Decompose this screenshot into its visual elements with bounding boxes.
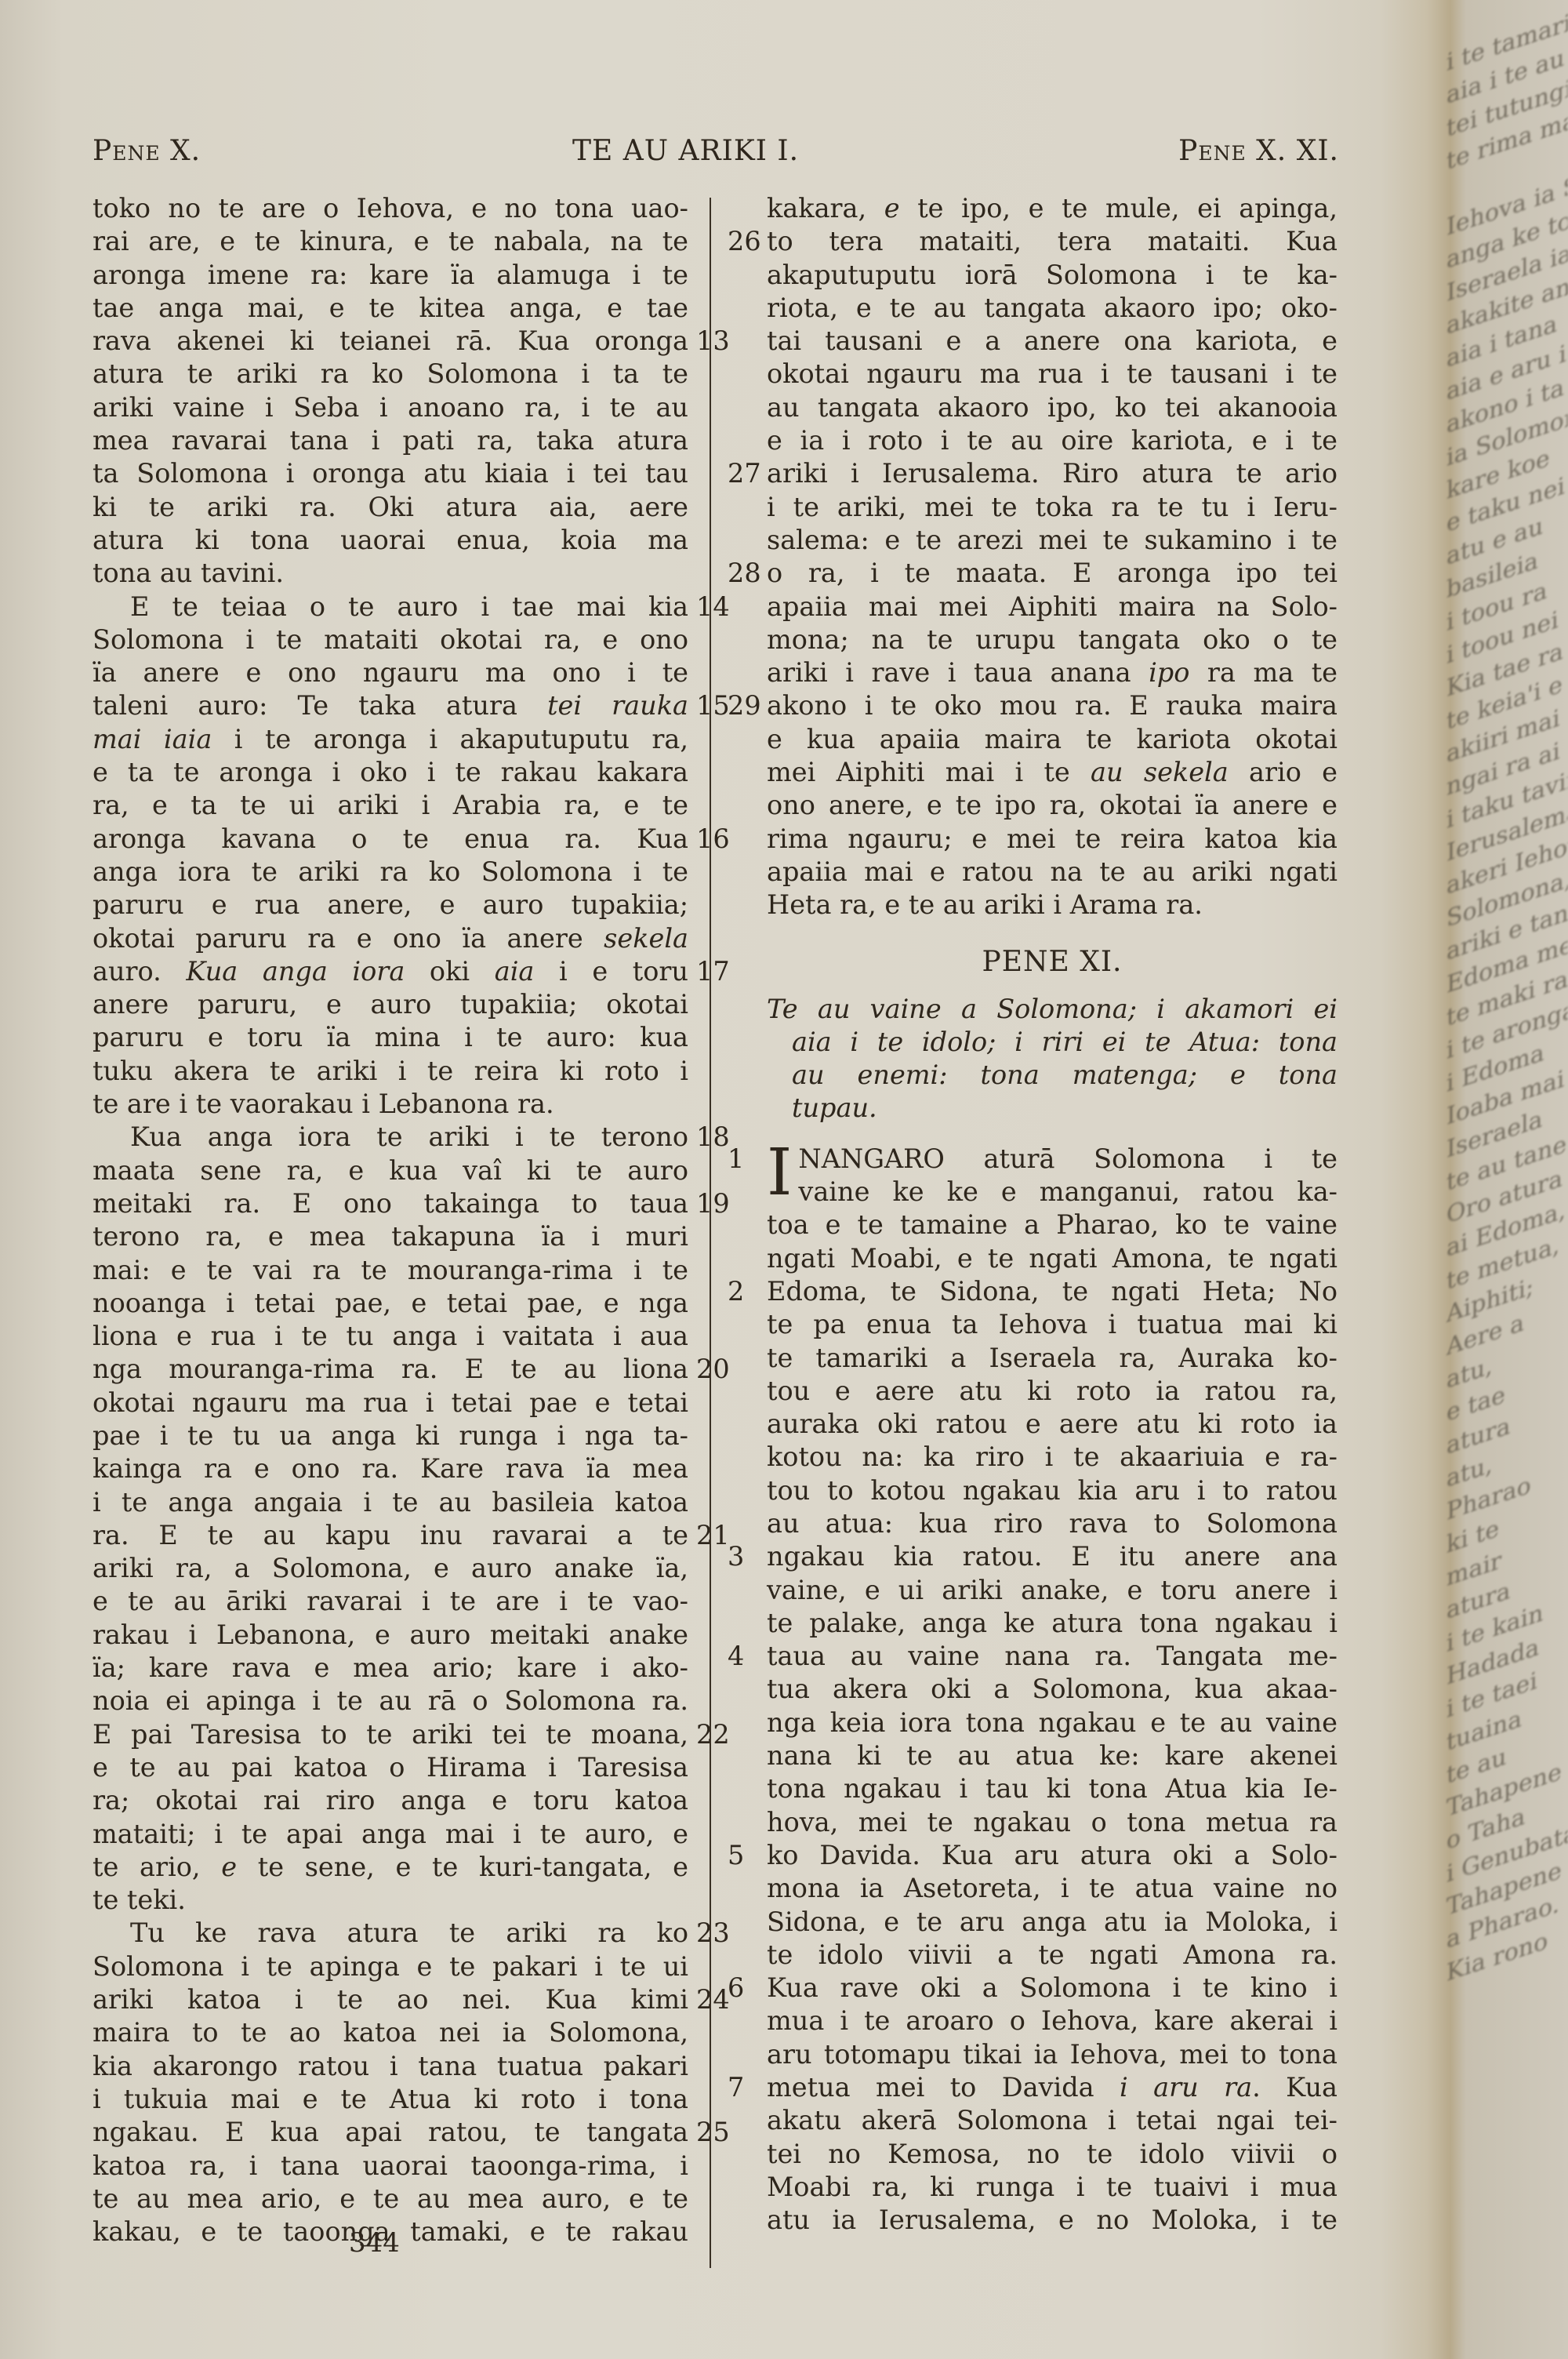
- text-line: okotai paruru ra e ono ïa anere sekela: [93, 922, 688, 955]
- text-line: ngati Moabi, e te ngati Amona, te ngati: [767, 1242, 1338, 1275]
- text-line: atu ia Ierusalema, e no Moloka, i te: [767, 2204, 1338, 2237]
- text-line: ïa anere e ono ngauru ma ono i te: [93, 656, 688, 689]
- text-line: kainga ra e ono ra. Kare rava ïa mea: [93, 1452, 688, 1485]
- chapter-opening: 1 I NANGARO aturā Solomona i te vaine ke…: [767, 1143, 1338, 1209]
- text-line: ngakau. E kua apai ratou, te tangata25: [93, 2116, 688, 2149]
- text-line: tupau.: [767, 1092, 1338, 1125]
- text-line: atura ki tona uaorai enua, koia ma: [93, 524, 688, 557]
- verse-number: 17: [696, 955, 730, 988]
- page-number: 344: [349, 2227, 400, 2259]
- text-line: ariki ra, a Solomona, e auro anake ïa,: [93, 1552, 688, 1585]
- verse-number: 3: [728, 1540, 744, 1573]
- text-line: kotou na: ka riro i te akaariuia e ra-: [767, 1441, 1338, 1474]
- text-line: ïa; kare rava e mea ario; kare i ako-: [93, 1652, 688, 1685]
- text-line: hova, mei te ngakau o tona metua ra: [767, 1806, 1338, 1839]
- text-line: nga keia iora tona ngakau e te au vaine: [767, 1707, 1338, 1739]
- verse-number: 13: [696, 325, 730, 358]
- text-line: metua mei to Davida i aru ra. Kua7: [767, 2071, 1338, 2104]
- text-line: ko Davida. Kua aru atura oki a Solo-5: [767, 1839, 1338, 1872]
- chapter-summary: Te au vaine a Solomona; i akamori eiaia …: [767, 993, 1338, 1125]
- text-line: nga mouranga-rima ra. E te au liona20: [93, 1353, 688, 1386]
- text-line: Solomona i te mataiti okotai ra, e ono: [93, 623, 688, 656]
- text-line: Sidona, e te aru anga atu ia Moloka, i: [767, 1906, 1338, 1939]
- text-line: e te au āriki ravarai i te are i te vao-: [93, 1585, 688, 1618]
- text-line: te pa enua ta Iehova i tuatua mai ki: [767, 1308, 1338, 1341]
- text-line: mua i te aroaro o Iehova, kare akerai i: [767, 2005, 1338, 2037]
- text-line: akono i te oko mou ra. E rauka maira29: [767, 689, 1338, 722]
- text-line: mea ravarai tana i pati ra, taka atura: [93, 424, 688, 457]
- text-line: te ario, e te sene, e te kuri-tangata, e: [93, 1851, 688, 1884]
- text-line: paruru e rua anere, e auro tupakiia;: [93, 889, 688, 921]
- text-line: ariki i rave i taua anana ipo ra ma te: [767, 656, 1338, 689]
- text-line: noia ei apinga i te au rā o Solomona ra.: [93, 1685, 688, 1717]
- facing-page-edge: i te tamariki a Anaia i te autei tutungi…: [1446, 8, 1568, 2359]
- header-chapter-right: Pene X. XI.: [1178, 135, 1339, 167]
- header-book-title: TE AU ARIKI I.: [572, 135, 799, 167]
- verse-number: 20: [696, 1353, 730, 1386]
- header-chapter-left: Pene X.: [93, 135, 201, 167]
- text-line: terono ra, e mea takapuna ïa i muri: [93, 1220, 688, 1253]
- text-line: te teki.: [93, 1884, 688, 1917]
- running-header: Pene X. TE AU ARIKI I. Pene X. XI.: [93, 135, 1339, 174]
- text-line: tae anga mai, e te kitea anga, e tae: [93, 292, 688, 325]
- verse-number: 29: [728, 689, 761, 722]
- text-line: tona au tavini.: [93, 557, 688, 590]
- text-line: kia akarongo ratou i tana tuatua pakari: [93, 2050, 688, 2083]
- verse-number: 14: [696, 591, 730, 623]
- text-line: rai are, e te kinura, e te nabala, na te: [93, 225, 688, 258]
- text-line: ariki katoa i te ao nei. Kua kimi24: [93, 1983, 688, 2016]
- text-line: te idolo viivii a te ngati Amona ra.: [767, 1939, 1338, 1972]
- text-line: taleni auro: Te taka atura tei rauka15: [93, 689, 688, 722]
- text-line: rima ngauru; e mei te reira katoa kia: [767, 823, 1338, 856]
- text-line: ki te ariki ra. Oki atura aia, aere: [93, 491, 688, 524]
- verse-number: 15: [696, 689, 730, 722]
- text-line: toa e te tamaine a Pharao, ko te vaine: [767, 1209, 1338, 1241]
- verse-number: 21: [696, 1519, 730, 1552]
- right-text-column: kakara, e te ipo, e te mule, ei apinga,t…: [767, 192, 1338, 2237]
- text-line: akatu akerā Solomona i tetai ngai tei-: [767, 2104, 1338, 2137]
- text-line: ra, e ta te ui ariki i Arabia ra, e te: [93, 789, 688, 822]
- column-divider: [710, 198, 711, 2268]
- text-line: liona e rua i te tu anga i vaitata i aua: [93, 1320, 688, 1353]
- text-line: Heta ra, e te au ariki i Arama ra.: [767, 889, 1338, 921]
- text-line: paruru e toru ïa mina i te auro: kua: [93, 1021, 688, 1054]
- text-line: E te teiaa o te auro i tae mai kia14: [93, 591, 688, 623]
- verse-number: 28: [728, 557, 761, 590]
- verse-number: 25: [696, 2116, 730, 2149]
- chapter-x-continuation: kakara, e te ipo, e te mule, ei apinga,t…: [767, 192, 1338, 922]
- text-line: salema: e te arezi mei te sukamino i te: [767, 524, 1338, 557]
- text-line: okotai ngauru ma rua i te tausani i te: [767, 358, 1338, 391]
- text-line: apaiia mai e ratou na te au ariki ngati: [767, 856, 1338, 889]
- text-line: maira to te ao katoa nei ia Solomona,: [93, 2016, 688, 2049]
- text-line: katoa ra, i tana uaorai taoonga-rima, i: [93, 2150, 688, 2183]
- text-line: anga iora te ariki ra ko Solomona i te: [93, 856, 688, 889]
- text-line: tona ngakau i tau ki tona Atua kia Ie-: [767, 1772, 1338, 1805]
- text-line: nana ki te au atua ke: kare akenei: [767, 1739, 1338, 1772]
- text-line: Edoma, te Sidona, te ngati Heta; No2: [767, 1275, 1338, 1308]
- text-line: auro. Kua anga iora oki aia i e toru17: [93, 955, 688, 988]
- text-line: tei no Kemosa, no te idolo viivii o: [767, 2138, 1338, 2171]
- text-line: Kua anga iora te ariki i te terono18: [93, 1121, 688, 1154]
- verse-number: 2: [728, 1275, 744, 1308]
- text-line: ra; okotai rai riro anga e toru katoa: [93, 1784, 688, 1817]
- text-line: ra. E te au kapu inu ravarai a te21: [93, 1519, 688, 1552]
- text-line: auraka oki ratou e aere atu ki roto ia: [767, 1408, 1338, 1441]
- text-line: ariki i Ierusalema. Riro atura te ario27: [767, 457, 1338, 490]
- text-line: okotai ngauru ma rua i tetai pae e tetai: [93, 1387, 688, 1419]
- text-line: i te ariki, mei te toka ra te tu i Ieru-: [767, 491, 1338, 524]
- verse-number: 6: [728, 1972, 744, 2005]
- text-line: aia i te idolo; i riri ei te Atua: tona: [767, 1026, 1338, 1059]
- text-line: pae i te tu ua anga ki runga i nga ta-: [93, 1419, 688, 1452]
- text-line: Te au vaine a Solomona; i akamori ei: [767, 993, 1338, 1026]
- text-line: i tukuia mai e te Atua ki roto i tona: [93, 2083, 688, 2116]
- left-text-column: toko no te are o Iehova, e no tona uao-r…: [93, 192, 688, 2248]
- text-line: Moabi ra, ki runga i te tuaivi i mua: [767, 2171, 1338, 2204]
- text-line: tai tausani e a anere ona kariota, e: [767, 325, 1338, 358]
- text-line: e ta te aronga i oko i te rakau kakara: [93, 756, 688, 789]
- text-line: mona; na te urupu tangata oko o te: [767, 623, 1338, 656]
- text-line: ono anere, e te ipo ra, okotai ïa anere …: [767, 789, 1338, 822]
- verse-number: 19: [696, 1187, 730, 1220]
- text-line: vaine ke ke e manganui, ratou ka-: [767, 1176, 1338, 1209]
- text-line: e ia i roto i te au oire kariota, e i te: [767, 424, 1338, 457]
- text-line: tou to kotou ngakau kia aru i to ratou: [767, 1474, 1338, 1507]
- text-line: taua au vaine nana ra. Tangata me-4: [767, 1640, 1338, 1673]
- text-line: riota, e te au tangata akaoro ipo; oko-: [767, 292, 1338, 325]
- verse-number: 18: [696, 1121, 730, 1154]
- text-line: mei Aiphiti mai i te au sekela ario e: [767, 756, 1338, 789]
- text-line: aronga imene ra: kare ïa alamuga i te: [93, 259, 688, 292]
- text-line: ta Solomona i oronga atu kiaia i tei tau: [93, 457, 688, 490]
- verse-number: 24: [696, 1983, 730, 2016]
- text-line: mataiti; i te apai anga mai i te auro, e: [93, 1818, 688, 1851]
- text-line: maata sene ra, e kua vaî ki te auro: [93, 1154, 688, 1187]
- text-line: tua akera oki a Solomona, kua akaa-: [767, 1673, 1338, 1706]
- text-line: aru totomapu tikai ia Iehova, mei to ton…: [767, 2038, 1338, 2071]
- text-line: Tu ke rava atura te ariki ra ko23: [93, 1917, 688, 1950]
- text-line: akaputuputu iorā Solomona i te ka-: [767, 259, 1338, 292]
- text-line: te au mea ario, e te au mea auro, e te: [93, 2183, 688, 2215]
- text-line: e te au pai katoa o Hirama i Taresisa: [93, 1751, 688, 1784]
- text-line: rakau i Lebanona, e auro meitaki anake: [93, 1619, 688, 1652]
- text-line: mai: e te vai ra te mouranga-rima i te: [93, 1254, 688, 1287]
- verse-number: 16: [696, 823, 730, 856]
- text-line: te palake, anga ke atura tona ngakau i: [767, 1607, 1338, 1640]
- text-line: vaine, e ui ariki anake, e toru anere i: [767, 1574, 1338, 1607]
- text-line: mona ia Asetoreta, i te atua vaine no: [767, 1872, 1338, 1905]
- text-line: toko no te are o Iehova, e no tona uao-: [93, 192, 688, 225]
- verse-number: 1: [728, 1143, 744, 1176]
- text-line: Solomona i te apinga e te pakari i te ui: [93, 1950, 688, 1983]
- text-line: o ra, i te maata. E aronga ipo tei28: [767, 557, 1338, 590]
- verse-number: 5: [728, 1839, 744, 1872]
- text-line: tuku akera te ariki i te reira ki roto i: [93, 1055, 688, 1088]
- text-line: rava akenei ki teianei rā. Kua oronga13: [93, 325, 688, 358]
- text-line: aronga kavana o te enua ra. Kua16: [93, 823, 688, 856]
- text-line: e kua apaiia maira te kariota okotai: [767, 723, 1338, 756]
- chapter-xi-text: toa e te tamaine a Pharao, ko te vaineng…: [767, 1209, 1338, 2237]
- verse-number: 7: [728, 2071, 744, 2104]
- text-line: anere paruru, e auro tupakiia; okotai: [93, 988, 688, 1021]
- text-line: au tangata akaoro ipo, ko tei akanooia: [767, 391, 1338, 424]
- text-line: au atua: kua riro rava to Solomona: [767, 1507, 1338, 1540]
- verse-number: 22: [696, 1718, 730, 1751]
- text-line: to tera mataiti, tera mataiti. Kua26: [767, 225, 1338, 258]
- text-line: apaiia mai mei Aiphiti maira na Solo-: [767, 591, 1338, 623]
- text-line: au enemi: tona matenga; e tona: [767, 1059, 1338, 1092]
- text-line: i te anga angaia i te au basileia katoa: [93, 1486, 688, 1519]
- text-line: Kua rave oki a Solomona i te kino i6: [767, 1972, 1338, 2005]
- text-line: nooanga i tetai pae, e tetai pae, e nga: [93, 1287, 688, 1320]
- text-line: ngakau kia ratou. E itu anere ana3: [767, 1540, 1338, 1573]
- text-line: te are i te vaorakau i Lebanona ra.: [93, 1088, 688, 1121]
- text-line: E pai Taresisa to te ariki tei te moana,…: [93, 1718, 688, 1751]
- text-line: te tamariki a Iseraela ra, Auraka ko-: [767, 1342, 1338, 1375]
- verse-number: 4: [728, 1640, 744, 1673]
- verse-number: 26: [728, 225, 761, 258]
- text-line: NANGARO aturā Solomona i te: [767, 1143, 1338, 1176]
- chapter-heading: PENE XI.: [767, 946, 1338, 979]
- text-line: meitaki ra. E ono takainga to taua19: [93, 1187, 688, 1220]
- text-line: atura te ariki ra ko Solomona i ta te: [93, 358, 688, 391]
- text-line: tou e aere atu ki roto ia ratou ra,: [767, 1375, 1338, 1408]
- text-line: ariki vaine i Seba i anoano ra, i te au: [93, 391, 688, 424]
- verse-number: 23: [696, 1917, 730, 1950]
- text-line: mai iaia i te aronga i akaputuputu ra,: [93, 723, 688, 756]
- verse-number: 27: [728, 457, 761, 490]
- text-line: kakara, e te ipo, e te mule, ei apinga,: [767, 192, 1338, 225]
